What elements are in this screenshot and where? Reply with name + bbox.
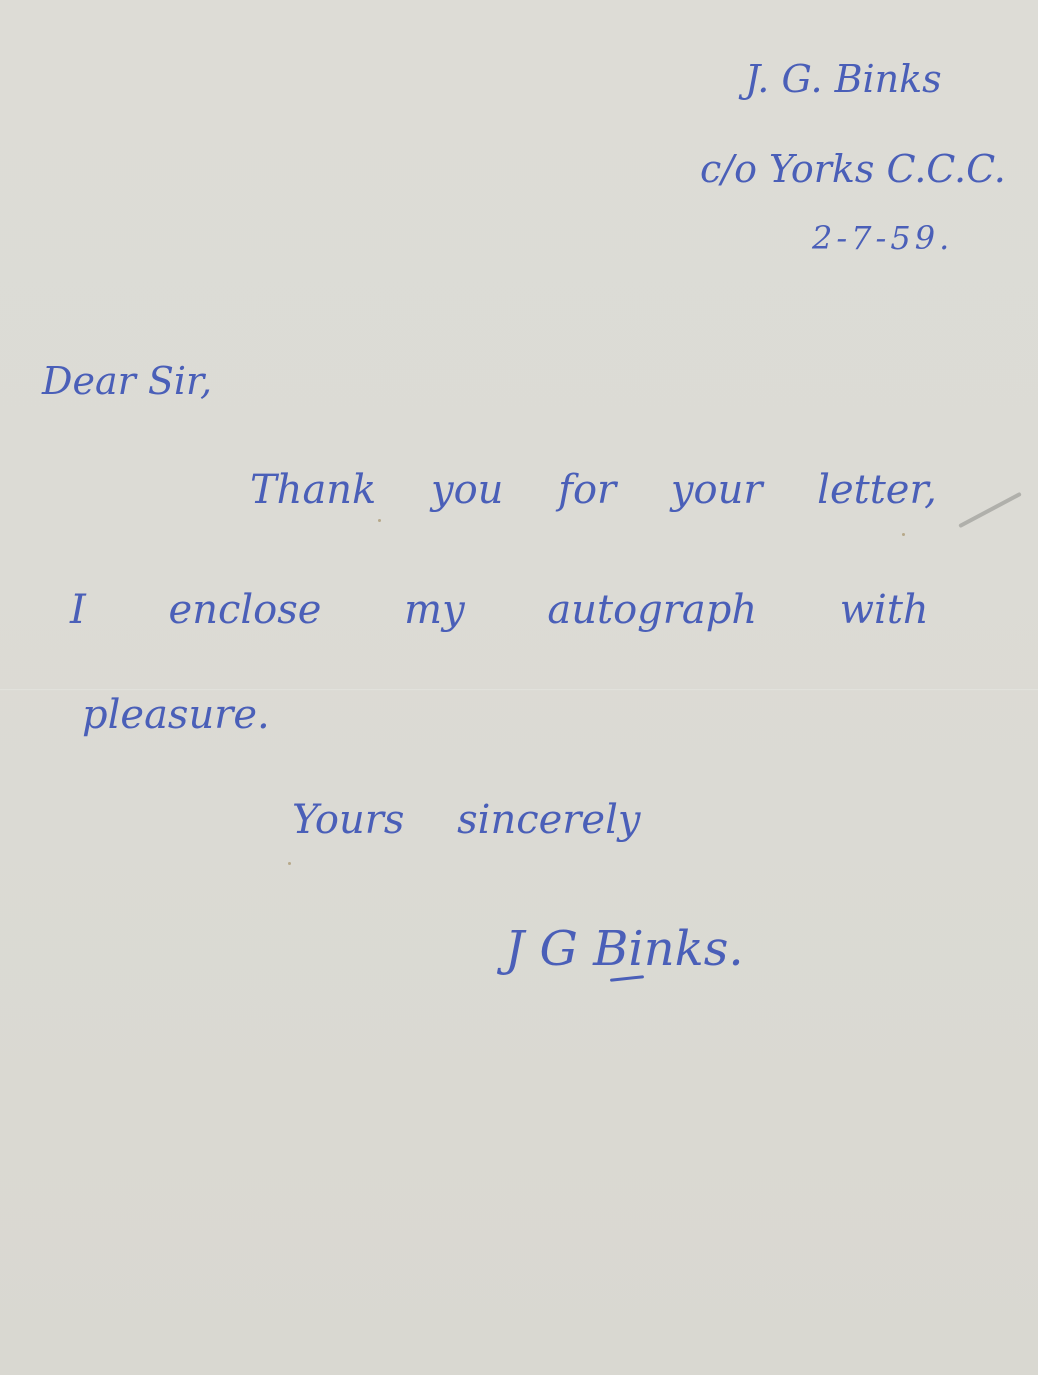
paper-speck bbox=[378, 519, 381, 522]
paper-speck bbox=[288, 862, 291, 865]
sender-name: J. G. Binks bbox=[745, 60, 942, 98]
body-line-3: pleasure. bbox=[82, 695, 270, 735]
body-line-2: I enclose my autograph with bbox=[70, 590, 929, 630]
body-line-1: Thank you for your letter, bbox=[250, 470, 937, 510]
paper-speck bbox=[902, 533, 905, 536]
signature: J G Binks. bbox=[505, 925, 744, 973]
letter-date: 2-7-59. bbox=[812, 222, 953, 254]
pencil-mark bbox=[958, 492, 1022, 528]
salutation: Dear Sir, bbox=[42, 362, 212, 400]
sender-address: c/o Yorks C.C.C. bbox=[700, 150, 1006, 188]
closing: Yours sincerely bbox=[292, 800, 640, 840]
letter-page: J. G. Binks c/o Yorks C.C.C. 2-7-59. Dea… bbox=[0, 0, 1038, 1375]
paper-fold-line bbox=[0, 688, 1038, 691]
